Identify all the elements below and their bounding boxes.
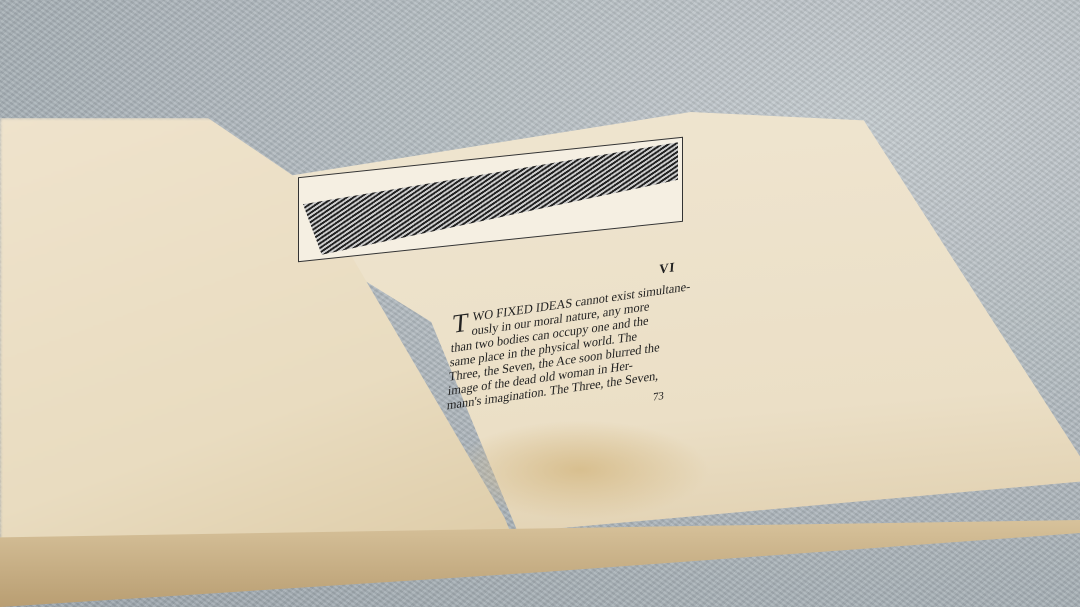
photo-scene: VI T WO FIXED IDEAS cannot exist simulta… (0, 0, 1080, 607)
drop-cap: T (452, 310, 469, 337)
